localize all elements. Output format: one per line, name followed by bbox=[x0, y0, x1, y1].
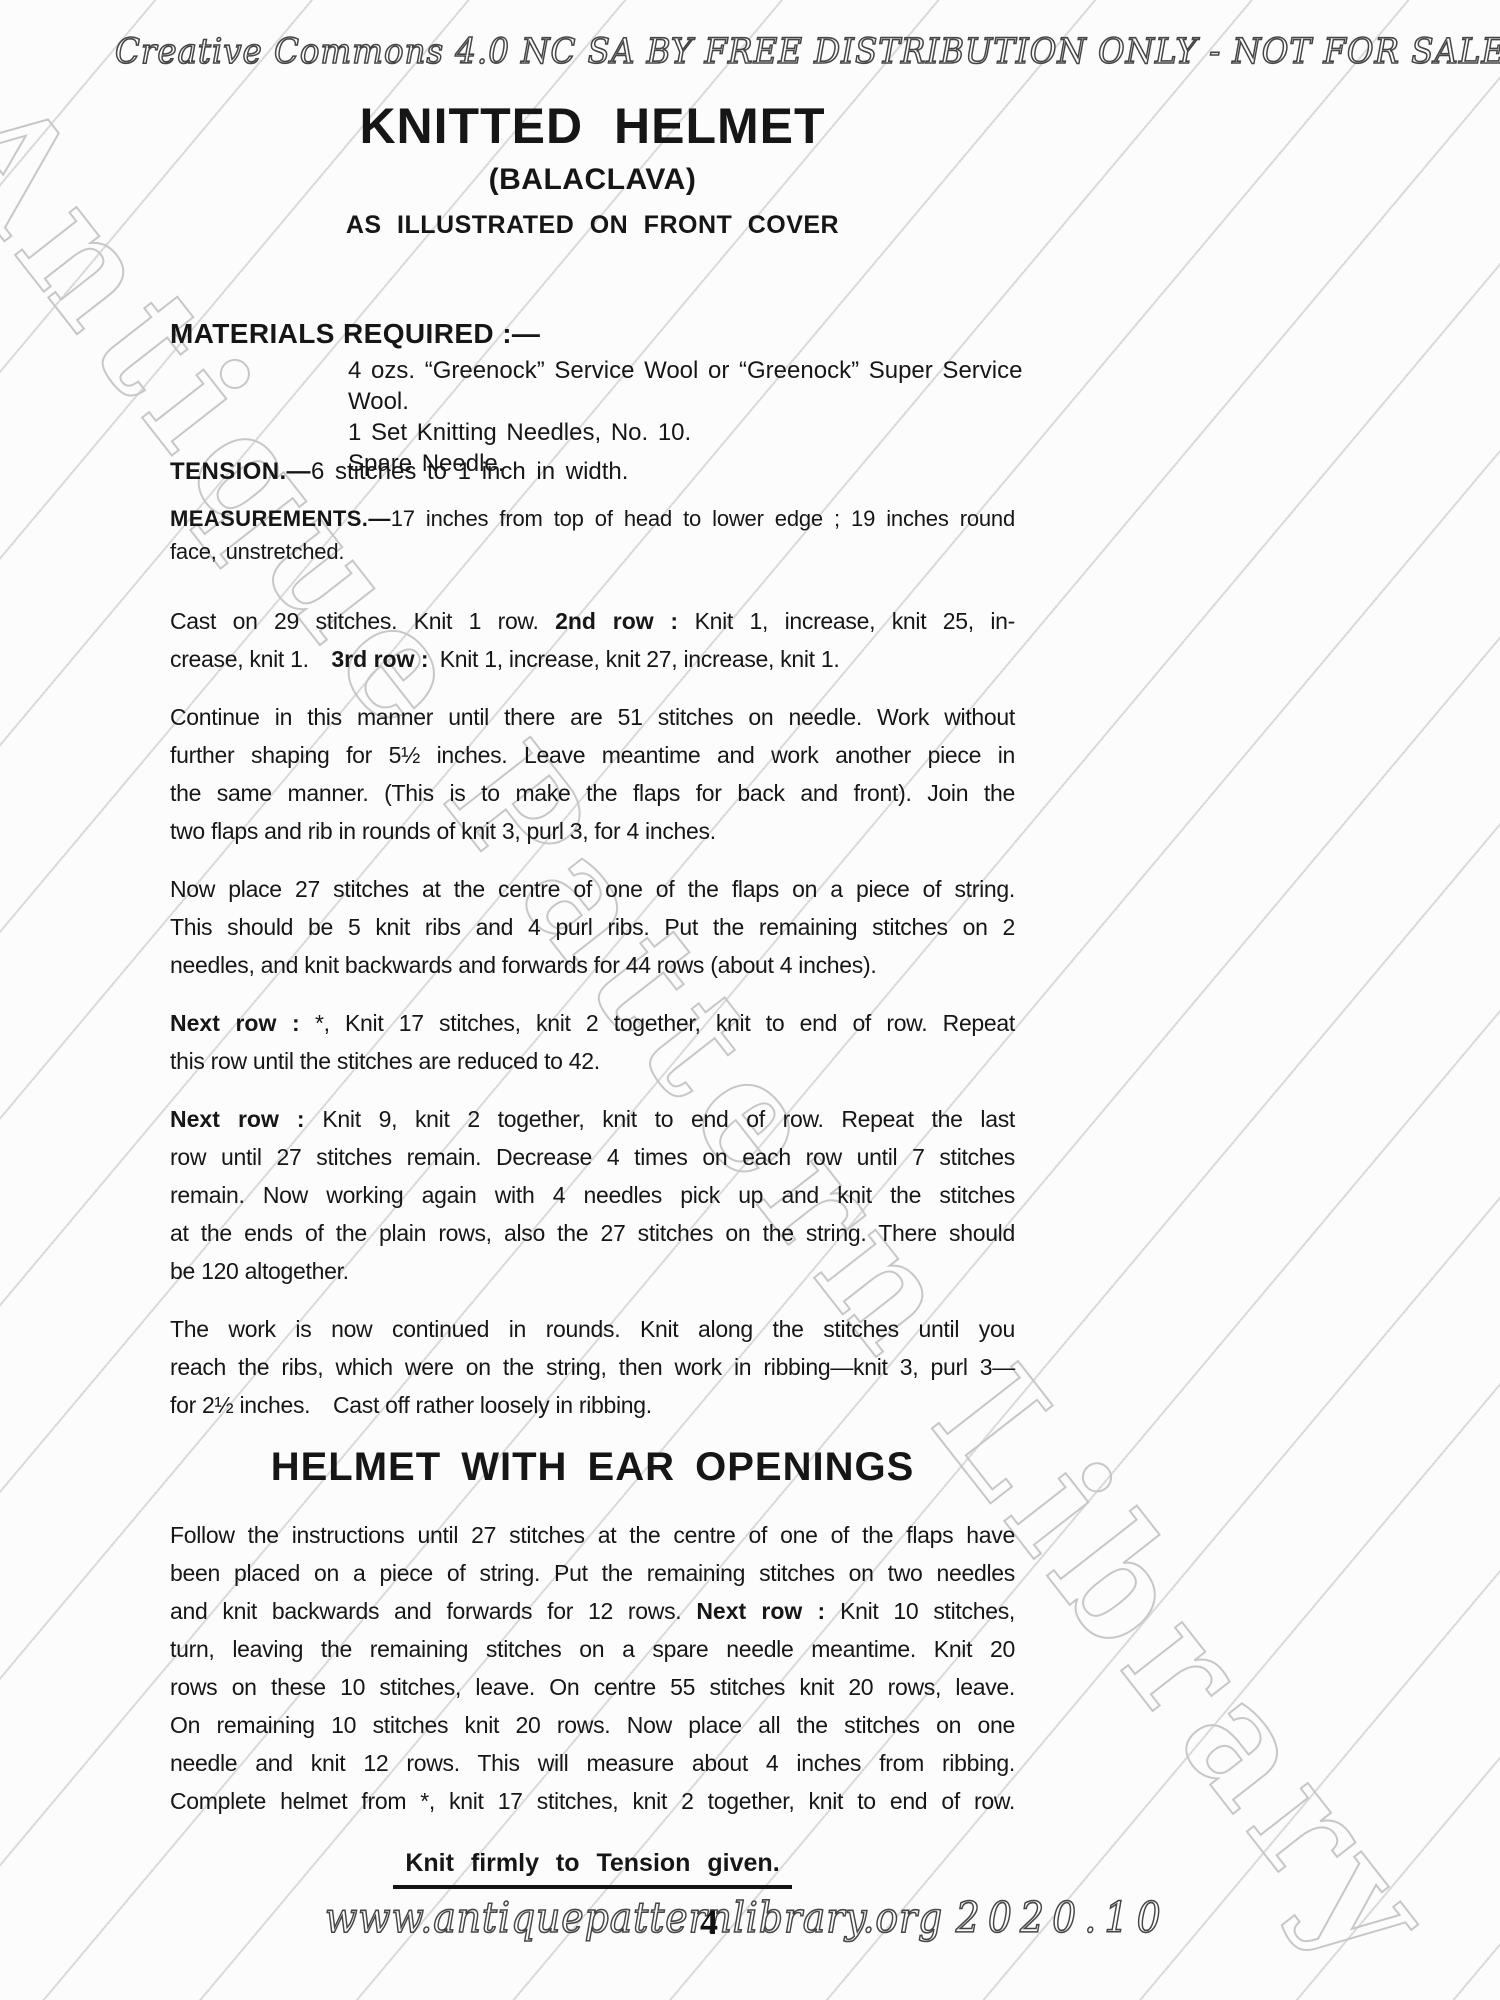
text-line: The work is now continued in rounds. Kni… bbox=[170, 1310, 1015, 1348]
page-title: KNITTED HELMET bbox=[170, 100, 1015, 153]
license-header: Creative Commons 4.0 NC SA BY FREE DISTR… bbox=[115, 32, 1500, 72]
text-line: Cast on 29 stitches. Knit 1 row. 2nd row… bbox=[170, 602, 1015, 640]
text-line: needle and knit 12 rows. This will measu… bbox=[170, 1744, 1015, 1782]
page-number: 4 bbox=[700, 1901, 718, 1943]
paragraph: Cast on 29 stitches. Knit 1 row. 2nd row… bbox=[170, 602, 1015, 678]
paragraph: Next row : *, Knit 17 stitches, knit 2 t… bbox=[170, 1004, 1015, 1080]
footer-edition: 2020.10 bbox=[956, 1893, 1169, 1942]
paragraph: Continue in this manner until there are … bbox=[170, 698, 1015, 850]
text-line: On remaining 10 stitches knit 20 rows. N… bbox=[170, 1706, 1015, 1744]
paragraph: Next row : Knit 9, knit 2 together, knit… bbox=[170, 1100, 1015, 1290]
paragraph: The work is now continued in rounds. Kni… bbox=[170, 1310, 1015, 1424]
footer-url: www.antiquepatternlibrary.org2020.10 bbox=[325, 1893, 1169, 1942]
text-line: needles, and knit backwards and forwards… bbox=[170, 946, 1015, 984]
footer-note: Knit firmly to Tension given. bbox=[393, 1849, 791, 1889]
text-line: this row until the stitches are reduced … bbox=[170, 1042, 1015, 1080]
material-item: 1 Set Knitting Needles, No. 10. bbox=[348, 417, 1030, 448]
tension-text: 6 stitches to 1 inch in width. bbox=[311, 458, 628, 485]
tension-label: TENSION.— bbox=[170, 458, 311, 485]
footer-note-wrap: Knit firmly to Tension given. bbox=[170, 1849, 1015, 1889]
text-line: further shaping for 5½ inches. Leave mea… bbox=[170, 736, 1015, 774]
text-line: crease, knit 1. 3rd row : Knit 1, increa… bbox=[170, 640, 1015, 678]
text-line: the same manner. (This is to make the fl… bbox=[170, 774, 1015, 812]
text-line: two flaps and rib in rounds of knit 3, p… bbox=[170, 812, 1015, 850]
paragraph: Follow the instructions until 27 stitche… bbox=[170, 1516, 1015, 1820]
body-blocks: Cast on 29 stitches. Knit 1 row. 2nd row… bbox=[170, 602, 1015, 1840]
tension-line: TENSION.—6 stitches to 1 inch in width. bbox=[170, 458, 1015, 486]
text-line: Follow the instructions until 27 stitche… bbox=[170, 1516, 1015, 1554]
text-line: be 120 altogether. bbox=[170, 1252, 1015, 1290]
text-line: This should be 5 knit ribs and 4 purl ri… bbox=[170, 908, 1015, 946]
page-subtitle: (BALACLAVA) bbox=[170, 163, 1015, 197]
text-line: reach the ribs, which were on the string… bbox=[170, 1348, 1015, 1386]
text-line: been placed on a piece of string. Put th… bbox=[170, 1554, 1015, 1592]
text-line: Continue in this manner until there are … bbox=[170, 698, 1015, 736]
footer-url-text: www.antiquepatternlibrary.org bbox=[325, 1893, 943, 1942]
text-line: remain. Now working again with 4 needles… bbox=[170, 1176, 1015, 1214]
text-line: for 2½ inches. Cast off rather loosely i… bbox=[170, 1386, 1015, 1424]
text-line: Next row : Knit 9, knit 2 together, knit… bbox=[170, 1100, 1015, 1138]
text-line: at the ends of the plain rows, also the … bbox=[170, 1214, 1015, 1252]
measurements-line: MEASUREMENTS.—17 inches from top of head… bbox=[170, 502, 1015, 568]
measurements-label: MEASUREMENTS.— bbox=[170, 506, 391, 531]
text-line: and knit backwards and forwards for 12 r… bbox=[170, 1592, 1015, 1630]
text-line: Complete helmet from *, knit 17 stitches… bbox=[170, 1782, 1015, 1820]
materials-section: MATERIALS REQUIRED :— 4 ozs. “Greenock” … bbox=[170, 318, 1030, 479]
material-item: 4 ozs. “Greenock” Service Wool or “Green… bbox=[348, 355, 1030, 417]
text-line: Next row : *, Knit 17 stitches, knit 2 t… bbox=[170, 1004, 1015, 1042]
materials-heading: MATERIALS REQUIRED :— bbox=[170, 318, 1030, 350]
text-line: rows on these 10 stitches, leave. On cen… bbox=[170, 1668, 1015, 1706]
paragraph: Now place 27 stitches at the centre of o… bbox=[170, 870, 1015, 984]
text-line: turn, leaving the remaining stitches on … bbox=[170, 1630, 1015, 1668]
scanned-page: Creative Commons 4.0 NC SA BY FREE DISTR… bbox=[0, 0, 1500, 2000]
section-heading: HELMET WITH EAR OPENINGS bbox=[170, 1444, 1015, 1490]
title-block: KNITTED HELMET (BALACLAVA) AS ILLUSTRATE… bbox=[170, 100, 1015, 240]
page-tagline: AS ILLUSTRATED ON FRONT COVER bbox=[170, 211, 1015, 240]
text-line: row until 27 stitches remain. Decrease 4… bbox=[170, 1138, 1015, 1176]
text-line: Now place 27 stitches at the centre of o… bbox=[170, 870, 1015, 908]
